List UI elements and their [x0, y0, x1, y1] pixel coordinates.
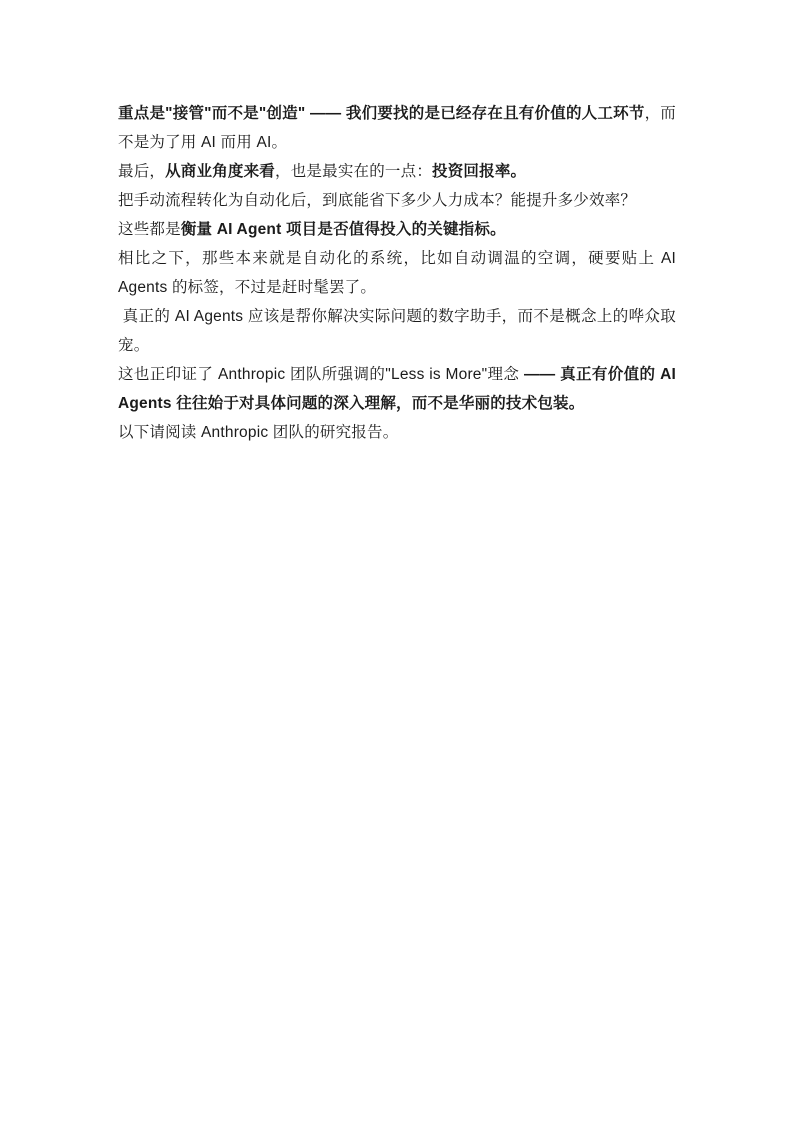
paragraph: 相比之下，那些本来就是自动化的系统，比如自动调温的空调，硬要贴上 AI Agen… — [118, 244, 676, 302]
paragraph: 把手动流程转化为自动化后，到底能省下多少人力成本？能提升多少效率？ — [118, 186, 676, 215]
paragraph: 这也正印证了 Anthropic 团队所强调的"Less is More"理念 … — [118, 360, 676, 418]
paragraph: 最后，从商业角度来看，也是最实在的一点：投资回报率。 — [118, 157, 676, 186]
text-run-bold: 重点是"接管"而不是"创造" —— 我们要找的是已经存在且有价值的人工环节 — [118, 105, 645, 122]
text-run: 相比之下，那些本来就是自动化的系统，比如自动调温的空调，硬要贴上 AI Agen… — [118, 250, 676, 296]
text-run: 这也正印证了 Anthropic 团队所强调的"Less is More"理念 — [118, 366, 524, 383]
text-run-bold: 衡量 AI Agent 项目是否值得投入的关键指标。 — [181, 221, 506, 238]
text-run: 以下请阅读 Anthropic 团队的研究报告。 — [118, 424, 398, 441]
text-run-bold: 投资回报率。 — [432, 163, 526, 180]
text-run: 最后， — [118, 163, 165, 180]
document-content: 重点是"接管"而不是"创造" —— 我们要找的是已经存在且有价值的人工环节，而不… — [118, 99, 676, 447]
text-run: 真正的 AI Agents 应该是帮你解决实际问题的数字助手，而不是概念上的哗众… — [118, 308, 676, 354]
paragraph: 这些都是衡量 AI Agent 项目是否值得投入的关键指标。 — [118, 215, 676, 244]
paragraph: 真正的 AI Agents 应该是帮你解决实际问题的数字助手，而不是概念上的哗众… — [118, 302, 676, 360]
text-run: 这些都是 — [118, 221, 181, 238]
text-run-bold: 从商业角度来看 — [165, 163, 275, 180]
paragraph: 以下请阅读 Anthropic 团队的研究报告。 — [118, 418, 676, 447]
document-page: 重点是"接管"而不是"创造" —— 我们要找的是已经存在且有价值的人工环节，而不… — [0, 0, 793, 1122]
paragraph: 重点是"接管"而不是"创造" —— 我们要找的是已经存在且有价值的人工环节，而不… — [118, 99, 676, 157]
text-run: ，也是最实在的一点： — [275, 163, 432, 180]
text-run: 把手动流程转化为自动化后，到底能省下多少人力成本？能提升多少效率？ — [118, 192, 636, 209]
